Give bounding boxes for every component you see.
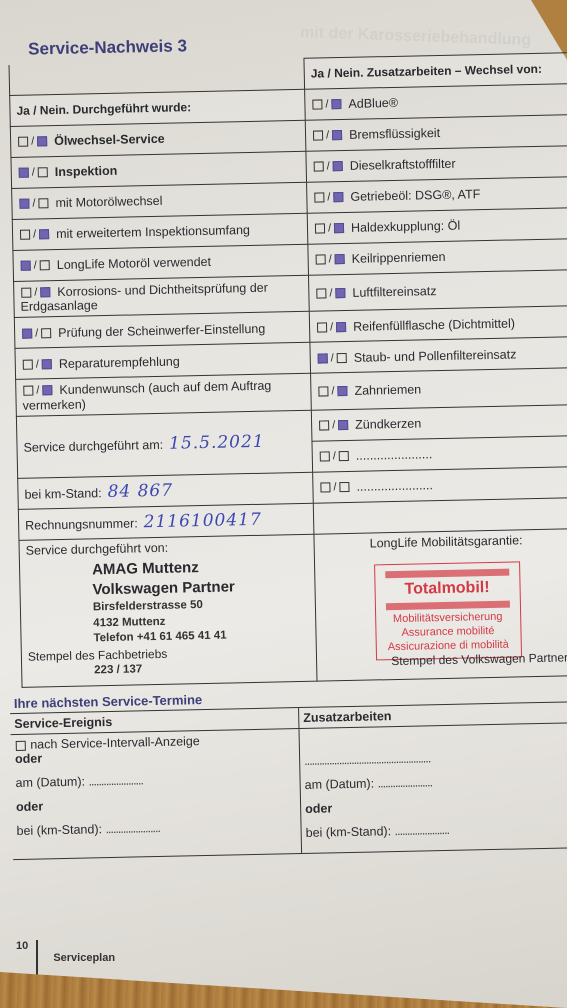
separator: / bbox=[331, 386, 334, 398]
separator: / bbox=[32, 198, 35, 210]
separator: / bbox=[34, 286, 37, 298]
no-checkbox[interactable] bbox=[40, 287, 50, 297]
interval-checkbox[interactable] bbox=[16, 740, 26, 750]
yes-checkbox[interactable] bbox=[317, 322, 327, 332]
date-input[interactable]: ...................... bbox=[377, 775, 432, 790]
separator: / bbox=[328, 223, 331, 235]
extra-work-input[interactable]: ........................................… bbox=[304, 751, 430, 768]
dealer-cell: Service durchgeführt von:AMAG MuttenzVol… bbox=[19, 534, 317, 687]
service-date-value[interactable]: 15.5.2021 bbox=[169, 432, 265, 454]
no-checkbox[interactable] bbox=[38, 199, 48, 209]
mobility-stamp: Totalmobil!MobilitätsversicherungAssuran… bbox=[374, 561, 522, 660]
separator: / bbox=[326, 130, 329, 142]
yes-checkbox[interactable] bbox=[315, 224, 325, 234]
separator: / bbox=[333, 450, 336, 462]
separator: / bbox=[329, 287, 332, 299]
item-label: Getriebeöl: DSG®, ATF bbox=[350, 187, 480, 204]
yes-checkbox[interactable] bbox=[314, 193, 324, 203]
item-label: ...................... bbox=[356, 478, 433, 494]
item-label: ...................... bbox=[356, 447, 433, 463]
service-date-label: Service durchgeführt am: bbox=[23, 438, 163, 455]
or-label: oder bbox=[305, 796, 567, 816]
item-label: Staub- und Pollenfiltereinsatz bbox=[354, 347, 517, 364]
no-checkbox[interactable] bbox=[333, 161, 343, 171]
separator: / bbox=[31, 136, 34, 148]
separator: / bbox=[35, 327, 38, 339]
item-label: Zündkerzen bbox=[355, 417, 421, 432]
mobility-line-de: Mobilitätsversicherung bbox=[378, 609, 518, 626]
service-record-page: Service-Nachweis 3 Ja / Nein. Zusatzarbe… bbox=[8, 28, 567, 859]
item-label: Haldexkupplung: Öl bbox=[351, 219, 460, 235]
item-label: Zahnriemen bbox=[354, 383, 421, 398]
yes-checkbox[interactable] bbox=[23, 386, 33, 396]
invoice-value[interactable]: 2116100417 bbox=[143, 510, 262, 532]
yes-checkbox[interactable] bbox=[318, 387, 328, 397]
km-input[interactable]: ...................... bbox=[394, 823, 449, 838]
no-checkbox[interactable] bbox=[337, 386, 347, 396]
km-label: bei (km-Stand): bbox=[16, 822, 102, 838]
km-label: bei km-Stand: bbox=[24, 486, 101, 502]
yes-checkbox[interactable] bbox=[19, 168, 29, 178]
km-label: bei (km-Stand): bbox=[306, 824, 392, 840]
no-checkbox[interactable] bbox=[338, 420, 348, 430]
yes-checkbox[interactable] bbox=[320, 452, 330, 462]
no-checkbox[interactable] bbox=[40, 261, 50, 271]
check-row: /Korrosions- und Dichtheitsprüfung der E… bbox=[14, 275, 310, 318]
date-input[interactable]: ...................... bbox=[88, 773, 143, 788]
no-checkbox[interactable] bbox=[42, 359, 52, 369]
item-label: Inspektion bbox=[55, 164, 118, 179]
yes-checkbox[interactable] bbox=[313, 131, 323, 141]
separator: / bbox=[332, 419, 335, 431]
km-input[interactable]: ...................... bbox=[105, 821, 160, 836]
no-checkbox[interactable] bbox=[38, 168, 48, 178]
yes-checkbox[interactable] bbox=[23, 359, 33, 369]
item-label: Prüfung der Scheinwerfer-Einstellung bbox=[58, 321, 265, 339]
yes-checkbox[interactable] bbox=[316, 255, 326, 265]
yes-checkbox[interactable] bbox=[314, 162, 324, 172]
no-checkbox[interactable] bbox=[42, 385, 52, 395]
item-label: mit erweitertem Inspektionsumfang bbox=[56, 223, 250, 241]
dealer-stamp: AMAG MuttenzVolkswagen PartnerBirsfelder… bbox=[26, 552, 311, 681]
yes-checkbox[interactable] bbox=[21, 261, 31, 271]
item-label: Keilrippenriemen bbox=[352, 250, 446, 266]
separator: / bbox=[329, 254, 332, 266]
separator: / bbox=[32, 167, 35, 179]
no-checkbox[interactable] bbox=[41, 328, 51, 338]
yes-checkbox[interactable] bbox=[18, 137, 28, 147]
mobility-brand: Totalmobil! bbox=[377, 577, 517, 601]
no-checkbox[interactable] bbox=[333, 192, 343, 202]
item-label: Dieselkraftstofffilter bbox=[350, 157, 456, 173]
item-label: Reifenfüllflasche (Dichtmittel) bbox=[353, 316, 515, 333]
separator: / bbox=[36, 358, 39, 370]
service-event-cell: nach Service-Intervall-Anzeige oder am (… bbox=[11, 728, 302, 859]
invoice-label: Rechnungsnummer: bbox=[25, 516, 138, 532]
date-label: am (Datum): bbox=[305, 776, 375, 791]
extra-work-cell: ........................................… bbox=[299, 723, 567, 854]
item-label: LongLife Motoröl verwendet bbox=[57, 255, 212, 272]
yes-checkbox[interactable] bbox=[318, 353, 328, 363]
no-checkbox[interactable] bbox=[337, 353, 347, 363]
separator: / bbox=[327, 161, 330, 173]
item-label: Reparaturempfehlung bbox=[59, 354, 180, 371]
no-checkbox[interactable] bbox=[339, 451, 349, 461]
separator: / bbox=[331, 352, 334, 364]
separator: / bbox=[325, 99, 328, 111]
no-checkbox[interactable] bbox=[39, 230, 49, 240]
item-label: Ölwechsel-Service bbox=[54, 132, 165, 148]
yes-checkbox[interactable] bbox=[316, 288, 326, 298]
date-label: am (Datum): bbox=[15, 774, 85, 789]
yes-checkbox[interactable] bbox=[20, 230, 30, 240]
check-row: /Zahnriemen bbox=[311, 368, 567, 410]
no-checkbox[interactable] bbox=[334, 223, 344, 233]
item-label: Luftfiltereinsatz bbox=[352, 284, 436, 300]
section-name: Serviceplan bbox=[53, 952, 115, 964]
yes-checkbox[interactable] bbox=[312, 100, 322, 110]
vw-stamp-caption: Stempel des Volkswagen Partners bbox=[323, 650, 567, 669]
service-date-cell: Service durchgeführt am:15.5.2021 bbox=[16, 410, 312, 478]
yes-checkbox[interactable] bbox=[19, 199, 29, 209]
mobility-label: LongLife Mobilitätsgarantie: bbox=[320, 532, 567, 551]
mobility-cell: LongLife Mobilitätsgarantie:Totalmobil!M… bbox=[314, 528, 567, 680]
check-row: /Kundenwunsch (auch auf dem Auftrag verm… bbox=[16, 374, 312, 417]
next-service-table: Service-Ereignis Zusatzarbeiten nach Ser… bbox=[10, 701, 567, 860]
separator: / bbox=[34, 260, 37, 272]
item-label: Korrosions- und Dichtheitsprüfung der Er… bbox=[20, 280, 268, 314]
no-checkbox[interactable] bbox=[336, 322, 346, 332]
dealer-code: 223 / 137 bbox=[94, 659, 310, 679]
separator: / bbox=[33, 229, 36, 241]
item-label: AdBlue® bbox=[348, 96, 398, 111]
separator: / bbox=[327, 192, 330, 204]
check-row: /Luftfiltereinsatz bbox=[308, 270, 567, 312]
item-label: Kundenwunsch (auch auf dem Auftrag verme… bbox=[23, 379, 272, 413]
item-label: mit Motorölwechsel bbox=[55, 194, 162, 210]
yes-checkbox[interactable] bbox=[320, 483, 330, 493]
separator: / bbox=[36, 385, 39, 397]
item-label: Bremsflüssigkeit bbox=[349, 126, 440, 142]
no-checkbox[interactable] bbox=[37, 137, 47, 147]
service-record-table: Ja / Nein. Zusatzarbeiten – Wechsel von:… bbox=[9, 52, 567, 687]
separator: / bbox=[330, 321, 333, 333]
no-checkbox[interactable] bbox=[332, 130, 342, 140]
no-checkbox[interactable] bbox=[339, 482, 349, 492]
no-checkbox[interactable] bbox=[335, 254, 345, 264]
km-value[interactable]: 84 867 bbox=[107, 480, 173, 501]
or-label: oder bbox=[16, 794, 296, 814]
yes-checkbox[interactable] bbox=[319, 421, 329, 431]
yes-checkbox[interactable] bbox=[21, 287, 31, 297]
no-checkbox[interactable] bbox=[335, 288, 345, 298]
no-checkbox[interactable] bbox=[331, 99, 341, 109]
separator: / bbox=[333, 481, 336, 493]
yes-checkbox[interactable] bbox=[22, 328, 32, 338]
